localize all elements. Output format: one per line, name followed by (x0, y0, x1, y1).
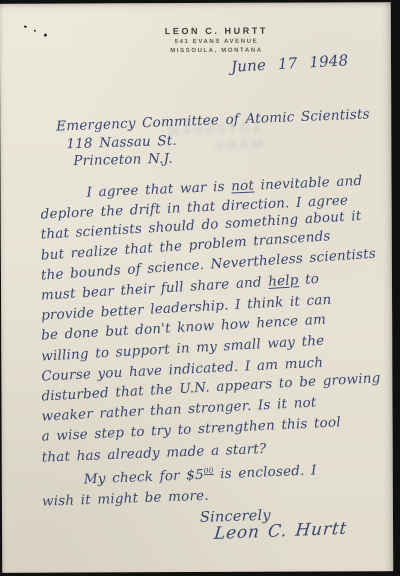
letterhead: LEON C. HURTT 541 EVANS AVENUE MISSOULA,… (21, 25, 400, 55)
letter-date: June 17 1948 (231, 51, 349, 76)
signature: Leon C. Hurtt (213, 519, 348, 544)
handwritten-segment: help (268, 272, 299, 290)
handwritten-segment: wish it might be more. (42, 487, 209, 509)
handwritten-segment: 00 (204, 466, 214, 475)
body-lines: I agree that war is not inevitable andde… (41, 183, 382, 511)
scanned-letter: LEON C. HURTT 541 EVANS AVENUE MISSOULA,… (0, 0, 400, 576)
handwritten-segment: not (231, 178, 255, 195)
handwritten-segment: to (298, 271, 319, 288)
letterhead-name: LEON C. HURTT (21, 25, 400, 37)
paper-speck (34, 30, 36, 32)
paper-speck (44, 34, 47, 37)
handwritten-segment: is enclosed. I (213, 462, 317, 482)
handwritten-segment: My check for $5 (84, 467, 205, 488)
letterhead-street: 541 EVANS AVENUE (21, 38, 400, 46)
recipient-address: Emergency Committee of Atomic Scientists… (56, 117, 370, 171)
letter-paper: LEON C. HURTT 541 EVANS AVENUE MISSOULA,… (0, 2, 393, 573)
